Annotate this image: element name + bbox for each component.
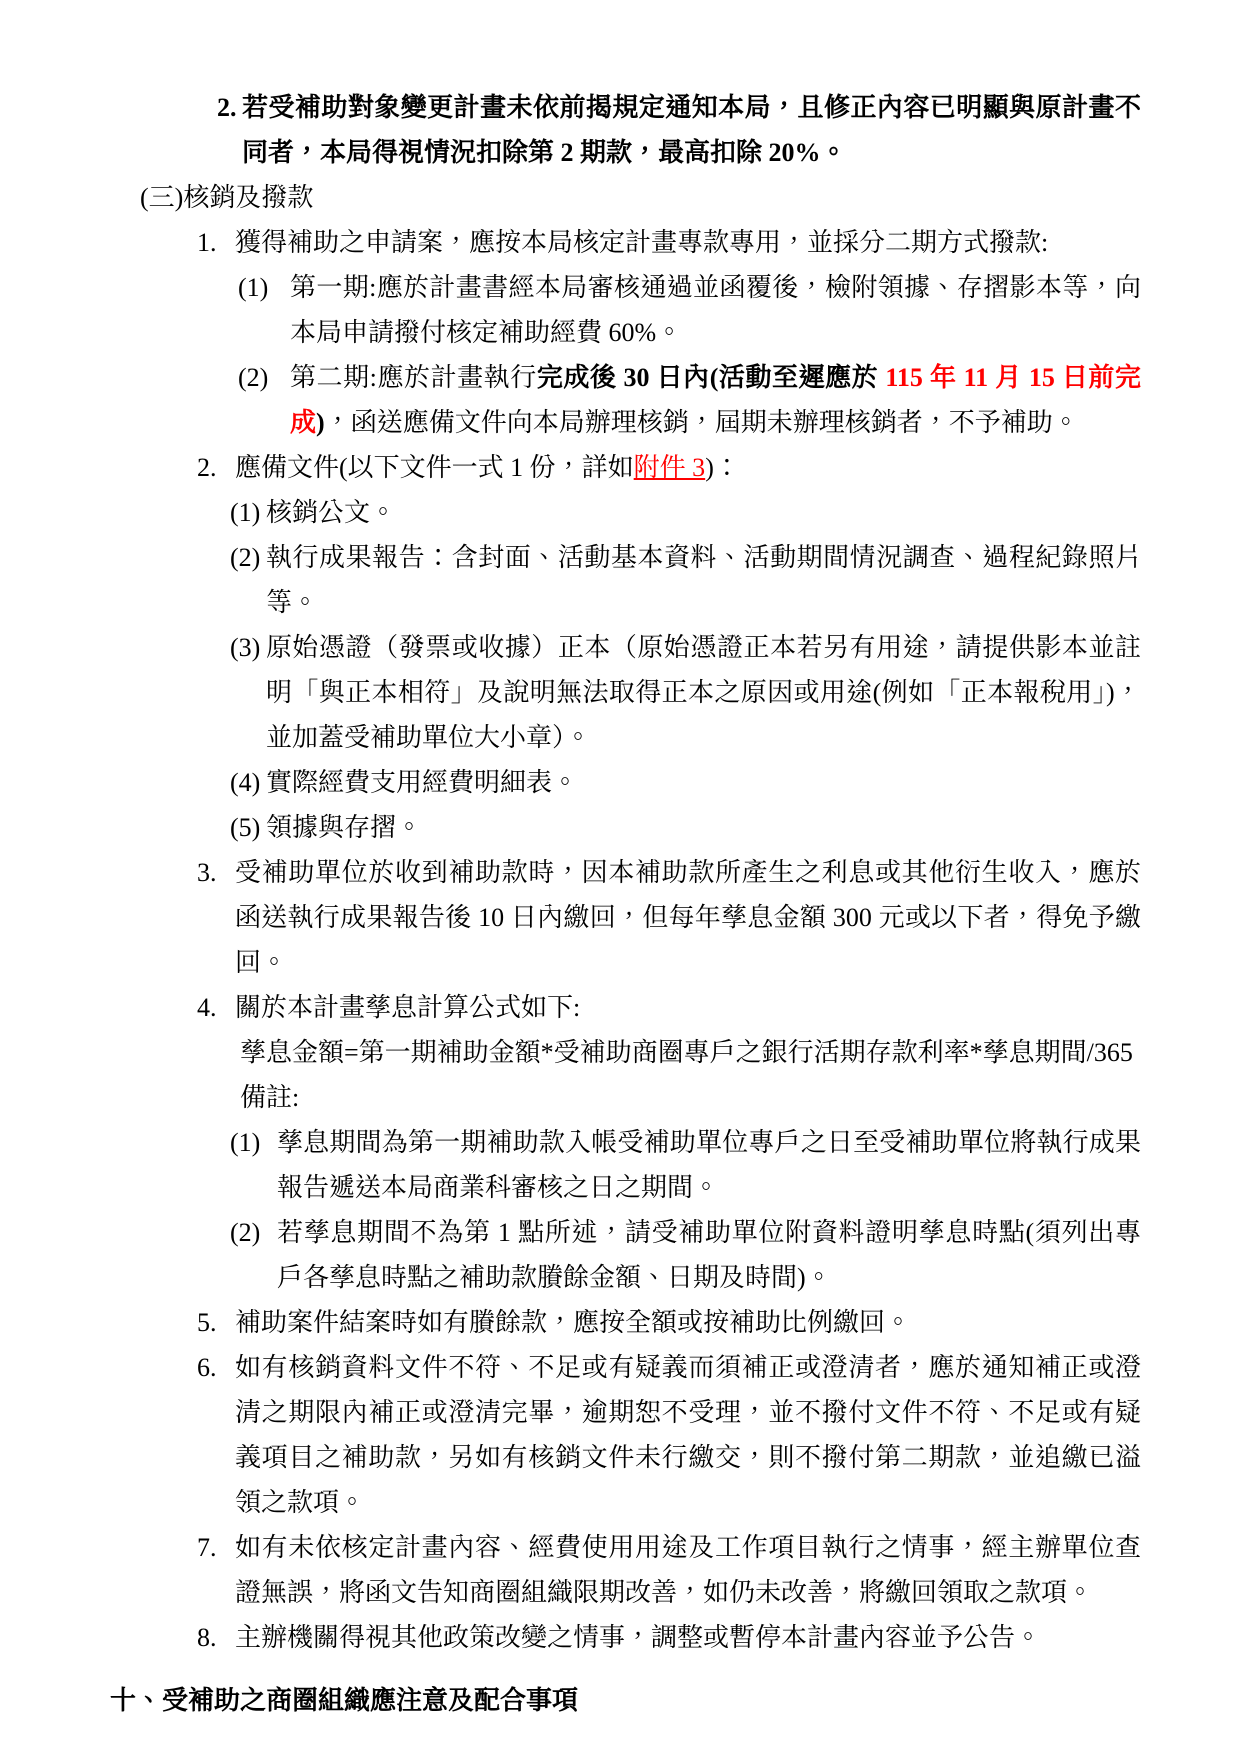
subitem-text: 核銷公文。 <box>266 498 396 527</box>
item-6: 6. 如有核銷資料文件不符、不足或有疑義而須補正或澄清者，應於通知補正或澄清之期… <box>197 1345 1141 1525</box>
subitem-text: 原始憑證（發票或收據）正本（原始憑證正本若另有用途，請提供影本並註明「與正本相符… <box>266 633 1141 752</box>
item-marker: 2. <box>197 445 217 490</box>
subitem-marker: (2) <box>238 355 268 400</box>
item-marker: 3. <box>197 850 217 895</box>
subitem-marker: (5) <box>230 805 260 850</box>
note-1: (1) 孳息期間為第一期補助款入帳受補助單位專戶之日至受補助單位將執行成果報告遞… <box>230 1120 1141 1210</box>
subitem-text: 領據與存摺。 <box>266 813 422 842</box>
attachment-3-link[interactable]: 附件 3 <box>634 453 706 482</box>
note-label: 備註: <box>240 1075 1141 1120</box>
subitem-text-run: ，函送應備文件向本局辦理核銷，屆期未辦理核銷者，不予補助。 <box>325 408 1079 437</box>
item-text: 補助案件結案時如有賸餘款，應按全額或按補助比例繳回。 <box>235 1308 911 1337</box>
subitem-marker: (4) <box>230 760 260 805</box>
item-text: 若受補助對象變更計畫未依前揭規定通知本局，且修正內容已明顯與原計畫不同者，本局得… <box>242 93 1141 167</box>
item-2-sub-3: (3) 原始憑證（發票或收據）正本（原始憑證正本若另有用途，請提供影本並註明「與… <box>230 625 1141 760</box>
item-1: 1. 獲得補助之申請案，應按本局核定計畫專款專用，並採分二期方式撥款: <box>197 220 1141 265</box>
section10-heading: 十、受補助之商圈組織應注意及配合事項 <box>110 1678 1141 1723</box>
note-text: 孳息期間為第一期補助款入帳受補助單位專戶之日至受補助單位將執行成果報告遞送本局商… <box>277 1128 1141 1202</box>
item-text: 如有核銷資料文件不符、不足或有疑義而須補正或澄清者，應於通知補正或澄清之期限內補… <box>235 1353 1141 1517</box>
item-text-run: )： <box>705 453 740 482</box>
item-5: 5. 補助案件結案時如有賸餘款，應按全額或按補助比例繳回。 <box>197 1300 1141 1345</box>
subitem-text-run-bold: ) <box>316 408 325 437</box>
item-marker: 5. <box>197 1300 217 1345</box>
note-2: (2) 若孳息期間不為第 1 點所述，請受補助單位附資料證明孳息時點(須列出專戶… <box>230 1210 1141 1300</box>
note-marker: (1) <box>230 1120 260 1165</box>
item-text: 獲得補助之申請案，應按本局核定計畫專款專用，並採分二期方式撥款: <box>235 228 1048 257</box>
item-2-sub-4: (4) 實際經費支用經費明細表。 <box>230 760 1141 805</box>
item-2: 2. 應備文件(以下文件一式 1 份，詳如附件 3)： <box>197 445 1141 490</box>
item-text: 主辦機關得視其他政策改變之情事，調整或暫停本計畫內容並予公告。 <box>235 1623 1041 1652</box>
subitem-text: 實際經費支用經費明細表。 <box>266 768 578 797</box>
subitem-marker: (2) <box>230 535 260 580</box>
item-2-sub-2: (2) 執行成果報告：含封面、活動基本資料、活動期間情況調查、過程紀錄照片等。 <box>230 535 1141 625</box>
section3-heading: (三)核銷及撥款 <box>140 175 1141 220</box>
item-1-sub-1: (1) 第一期:應於計畫書經本局審核通過並函覆後，檢附領據、存摺影本等，向本局申… <box>238 265 1141 355</box>
subitem-marker: (1) <box>230 490 260 535</box>
item-4: 4. 關於本計畫孳息計算公式如下: <box>197 985 1141 1030</box>
item-marker: 2. <box>217 85 237 130</box>
carryover-item-2: 2. 若受補助對象變更計畫未依前揭規定通知本局，且修正內容已明顯與原計畫不同者，… <box>217 85 1141 175</box>
item-marker: 4. <box>197 985 217 1030</box>
subitem-text-run: 第二期:應於計畫執行 <box>290 363 537 392</box>
item-text: 如有未依核定計畫內容、經費使用用途及工作項目執行之情事，經主辦單位查證無誤，將函… <box>235 1533 1141 1607</box>
subitem-marker: (1) <box>238 265 268 310</box>
item-1-sub-2: (2) 第二期:應於計畫執行完成後 30 日內(活動至遲應於 115 年 11 … <box>238 355 1141 445</box>
item-text: 受補助單位於收到補助款時，因本補助款所產生之利息或其他衍生收入，應於函送執行成果… <box>235 858 1141 977</box>
item-2-sub-1: (1) 核銷公文。 <box>230 490 1141 535</box>
item-marker: 6. <box>197 1345 217 1390</box>
subitem-marker: (3) <box>230 625 260 670</box>
note-text: 若孳息期間不為第 1 點所述，請受補助單位附資料證明孳息時點(須列出專戶各孳息時… <box>277 1218 1141 1292</box>
subitem-text: 執行成果報告：含封面、活動基本資料、活動期間情況調查、過程紀錄照片等。 <box>266 543 1141 617</box>
item-marker: 7. <box>197 1525 217 1570</box>
item-marker: 1. <box>197 220 217 265</box>
item-2-sub-5: (5) 領據與存摺。 <box>230 805 1141 850</box>
interest-formula: 孳息金額=第一期補助金額*受補助商圈專戶之銀行活期存款利率*孳息期間/365 <box>240 1030 1141 1075</box>
subitem-text-run-bold: 完成後 30 日內(活動至遲應於 <box>537 363 886 392</box>
item-text: 關於本計畫孳息計算公式如下: <box>235 993 580 1022</box>
document-page: 2. 若受補助對象變更計畫未依前揭規定通知本局，且修正內容已明顯與原計畫不同者，… <box>0 0 1241 1723</box>
note-marker: (2) <box>230 1210 260 1255</box>
item-3: 3. 受補助單位於收到補助款時，因本補助款所產生之利息或其他衍生收入，應於函送執… <box>197 850 1141 985</box>
item-marker: 8. <box>197 1615 217 1660</box>
subitem-text: 第一期:應於計畫書經本局審核通過並函覆後，檢附領據、存摺影本等，向本局申請撥付核… <box>290 273 1141 347</box>
item-8: 8. 主辦機關得視其他政策改變之情事，調整或暫停本計畫內容並予公告。 <box>197 1615 1141 1660</box>
item-text-run: 應備文件(以下文件一式 1 份，詳如 <box>235 453 634 482</box>
item-7: 7. 如有未依核定計畫內容、經費使用用途及工作項目執行之情事，經主辦單位查證無誤… <box>197 1525 1141 1615</box>
